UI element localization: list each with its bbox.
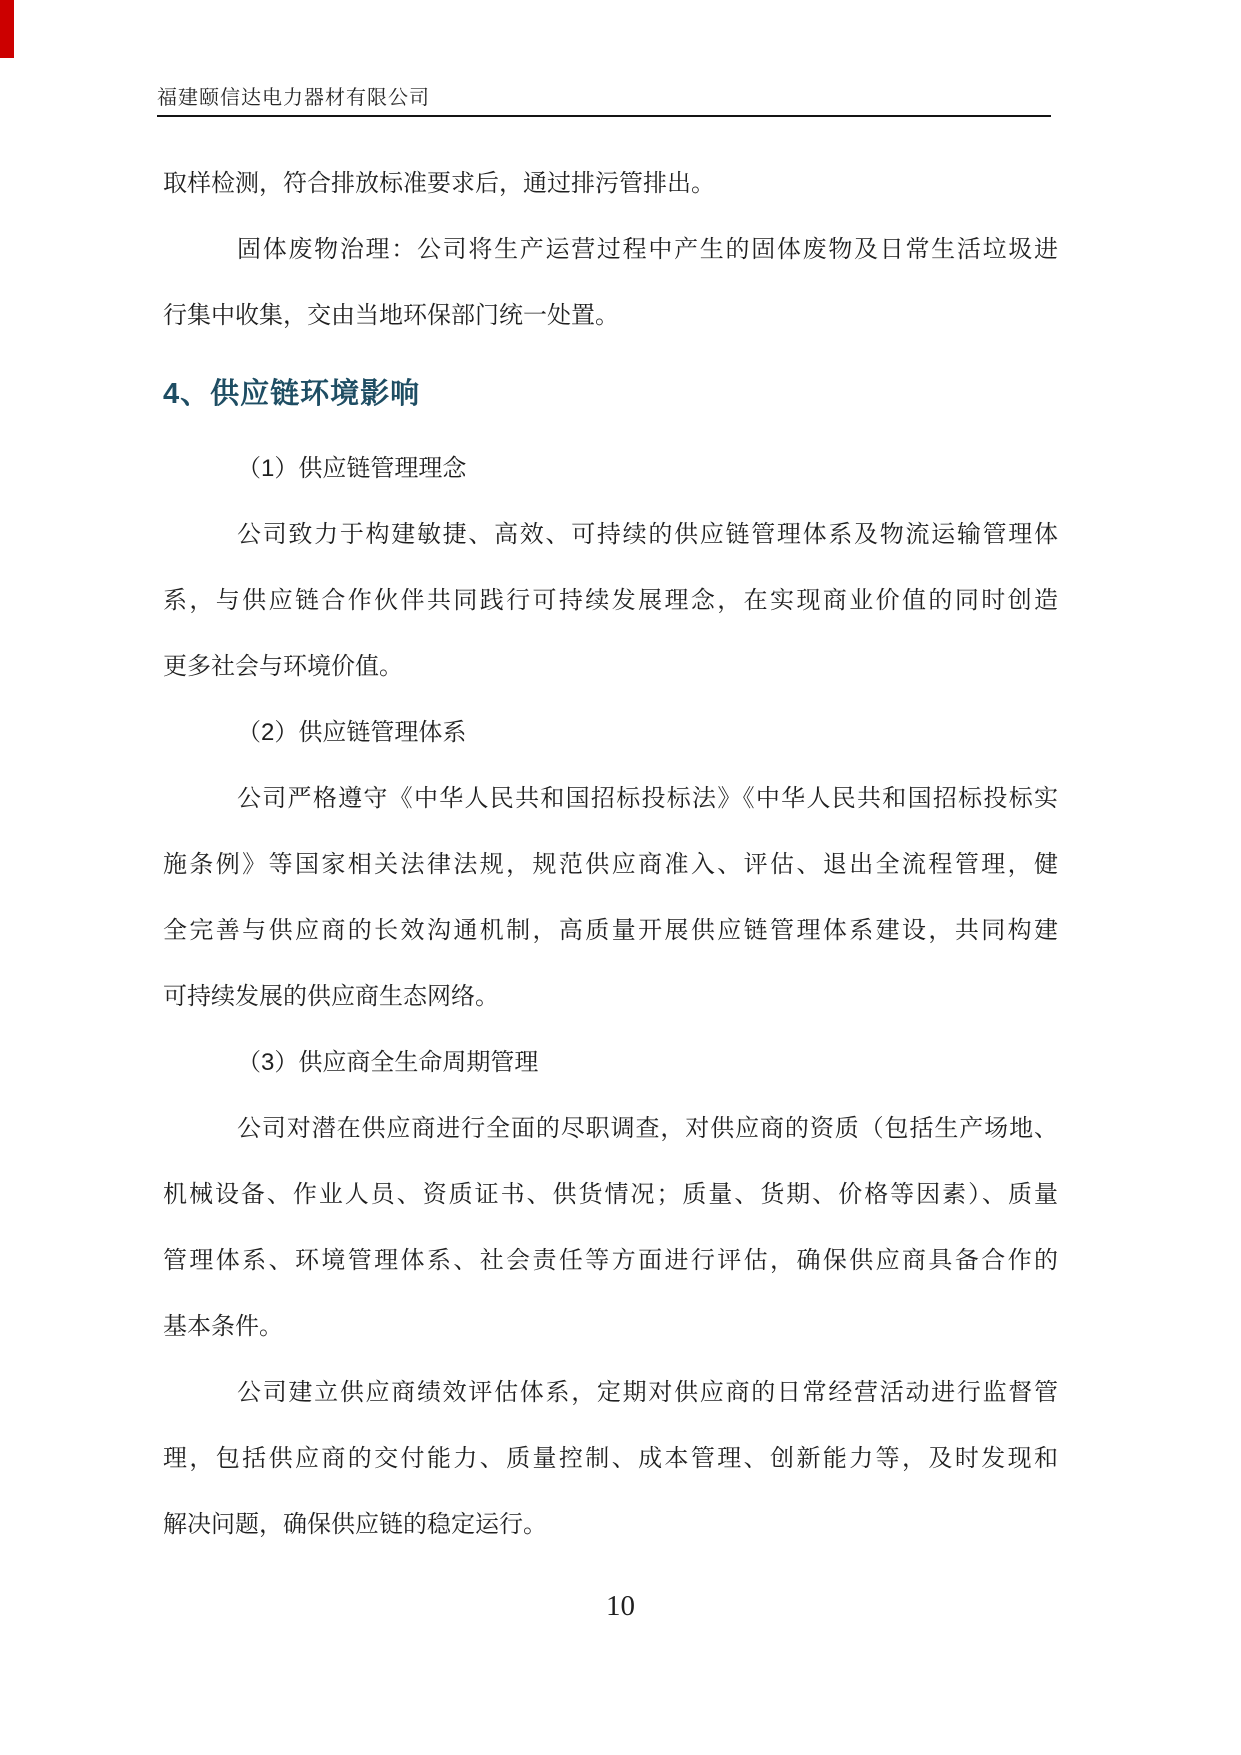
document-header: 福建颐信达电力器材有限公司 (157, 86, 1052, 110)
body-line: 取样检测，符合排放标准要求后，通过排污管排出。 (163, 151, 1058, 217)
body-line: 公司对潜在供应商进行全面的尽职调查，对供应商的资质（包括生产场地、 (163, 1096, 1058, 1162)
body-line: 行集中收集，交由当地环保部门统一处置。 (163, 283, 1058, 349)
body-line: 施条例》等国家相关法律法规，规范供应商准入、评估、退出全流程管理，健 (163, 832, 1058, 898)
body-line: 系，与供应链合作伙伴共同践行可持续发展理念，在实现商业价值的同时创造 (163, 568, 1058, 634)
company-name: 福建颐信达电力器材有限公司 (157, 86, 1052, 110)
body-line: 机械设备、作业人员、资质证书、供货情况；质量、货期、价格等因素）、质量 (163, 1162, 1058, 1228)
body-line: （3）供应商全生命周期管理 (163, 1030, 1058, 1096)
body-line: 公司致力于构建敏捷、高效、可持续的供应链管理体系及物流运输管理体 (163, 502, 1058, 568)
header-divider (157, 115, 1051, 117)
red-accent-bar (0, 0, 14, 58)
body-line: 管理体系、环境管理体系、社会责任等方面进行评估，确保供应商具备合作的 (163, 1228, 1058, 1294)
body-line: 解决问题，确保供应链的稳定运行。 (163, 1492, 1058, 1558)
body-line: （2）供应链管理体系 (163, 700, 1058, 766)
document-body: 取样检测，符合排放标准要求后，通过排污管排出。 固体废物治理：公司将生产运营过程… (163, 151, 1058, 1558)
body-line: 全完善与供应商的长效沟通机制，高质量开展供应链管理体系建设，共同构建 (163, 898, 1058, 964)
body-line: 可持续发展的供应商生态网络。 (163, 964, 1058, 1030)
document-page: { "document": { "accent_bar_color": "#CC… (0, 0, 1241, 1755)
body-line: 更多社会与环境价值。 (163, 634, 1058, 700)
page-number: 10 (0, 1586, 1241, 1626)
body-line: 基本条件。 (163, 1294, 1058, 1360)
section-heading: 4、供应链环境影响 (163, 361, 1058, 427)
body-line: （1）供应链管理理念 (163, 436, 1058, 502)
body-line: 理，包括供应商的交付能力、质量控制、成本管理、创新能力等，及时发现和 (163, 1426, 1058, 1492)
body-line: 公司严格遵守《中华人民共和国招标投标法》《中华人民共和国招标投标实 (163, 766, 1058, 832)
body-line: 公司建立供应商绩效评估体系，定期对供应商的日常经营活动进行监督管 (163, 1360, 1058, 1426)
body-line: 固体废物治理：公司将生产运营过程中产生的固体废物及日常生活垃圾进 (163, 217, 1058, 283)
